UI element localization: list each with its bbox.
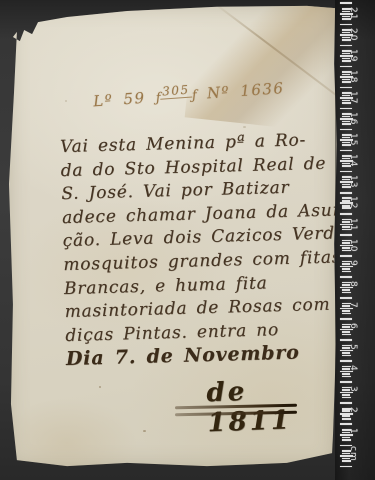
ruler-tick bbox=[342, 331, 350, 333]
ruler: 212019181716151413121110987654321cm bbox=[335, 0, 375, 480]
ruler-tick bbox=[340, 402, 352, 404]
manuscript-text: Vai esta Menina pª a Ro-da do Sto Hospit… bbox=[60, 128, 358, 372]
ruler-tick bbox=[342, 397, 351, 399]
ruler-tick bbox=[340, 255, 352, 257]
ruler-number: 21 bbox=[348, 7, 358, 20]
ruler-tick bbox=[340, 360, 352, 362]
ruler-tick bbox=[342, 352, 350, 354]
ruler-tick bbox=[342, 310, 350, 312]
ruler-number: 12 bbox=[348, 196, 358, 209]
ruler-tick bbox=[340, 297, 352, 299]
ruler-number: 19 bbox=[348, 49, 358, 62]
ink-speck bbox=[99, 386, 101, 388]
registry-folio: 305 bbox=[160, 83, 192, 100]
ruler-tick bbox=[342, 437, 350, 439]
ruler-tick bbox=[340, 2, 352, 4]
manuscript-paper: Lº 59 ƒ305ƒ Nº 1636 Vai esta Menina pª a… bbox=[7, 4, 337, 468]
ruler-number: 8 bbox=[348, 281, 358, 288]
ruler-tick bbox=[340, 234, 352, 236]
ruler-number: 13 bbox=[348, 175, 358, 188]
ruler-tick bbox=[340, 339, 352, 341]
ruler-number: 14 bbox=[348, 154, 358, 167]
ruler-tick bbox=[340, 108, 352, 110]
ruler-tick bbox=[342, 355, 351, 357]
ruler-tick bbox=[342, 439, 351, 441]
ruler-number: 10 bbox=[348, 239, 358, 252]
registry-line: Lº 59 ƒ305ƒ Nº 1636 bbox=[93, 76, 334, 111]
ruler-number: 7 bbox=[348, 302, 358, 309]
ruler-tick bbox=[342, 292, 351, 294]
ruler-tick bbox=[340, 276, 352, 278]
ruler-number: 2 bbox=[348, 407, 358, 414]
ruler-number: 18 bbox=[348, 70, 358, 83]
ruler-number: 16 bbox=[348, 112, 358, 125]
corner-stain bbox=[0, 398, 137, 480]
ruler-number: 9 bbox=[348, 260, 358, 267]
ruler-number: 1 bbox=[348, 428, 358, 435]
ruler-tick bbox=[342, 313, 351, 315]
ruler-tick bbox=[340, 66, 352, 68]
ruler-tick bbox=[342, 376, 351, 378]
fold-stain bbox=[185, 0, 358, 134]
ink-speck bbox=[65, 100, 67, 102]
ruler-number: 6 bbox=[348, 323, 358, 330]
ruler-number: 3 bbox=[348, 386, 358, 393]
ruler-tick bbox=[342, 289, 350, 291]
ruler-tick bbox=[340, 423, 352, 425]
registry-number: Nº 1636 bbox=[206, 79, 285, 102]
ruler-number: 5 bbox=[348, 344, 358, 351]
ruler-tick bbox=[340, 381, 352, 383]
ruler-number: 15 bbox=[348, 133, 358, 146]
ruler-tick bbox=[340, 24, 352, 26]
ruler-tick bbox=[342, 394, 350, 396]
ink-speck bbox=[143, 430, 146, 432]
registry-book: Lº 59 bbox=[93, 89, 147, 111]
ruler-tick bbox=[342, 271, 351, 273]
ruler-number: 17 bbox=[348, 91, 358, 104]
ruler-tick bbox=[340, 129, 352, 131]
ruler-tick bbox=[340, 466, 352, 468]
manuscript-photo: Lº 59 ƒ305ƒ Nº 1636 Vai esta Menina pª a… bbox=[0, 0, 375, 480]
ruler-tick bbox=[340, 213, 352, 215]
ruler-tick bbox=[342, 268, 350, 270]
ruler-unit-label: cm bbox=[348, 446, 358, 462]
ruler-tick bbox=[340, 87, 352, 89]
ruler-tick bbox=[340, 45, 352, 47]
ruler-tick bbox=[342, 334, 351, 336]
verso-mark: ƒ bbox=[192, 88, 198, 103]
ruler-tick bbox=[340, 171, 352, 173]
ruler-tick bbox=[340, 192, 352, 194]
ruler-tick bbox=[342, 373, 350, 375]
ruler-number: 11 bbox=[348, 218, 358, 231]
ruler-tick bbox=[342, 418, 351, 420]
ruler-number: 20 bbox=[348, 28, 358, 41]
ruler-number: 4 bbox=[348, 365, 358, 372]
ruler-tick bbox=[342, 415, 350, 417]
ink-speck bbox=[243, 126, 246, 128]
ruler-tick bbox=[340, 150, 352, 152]
ruler-tick bbox=[340, 318, 352, 320]
